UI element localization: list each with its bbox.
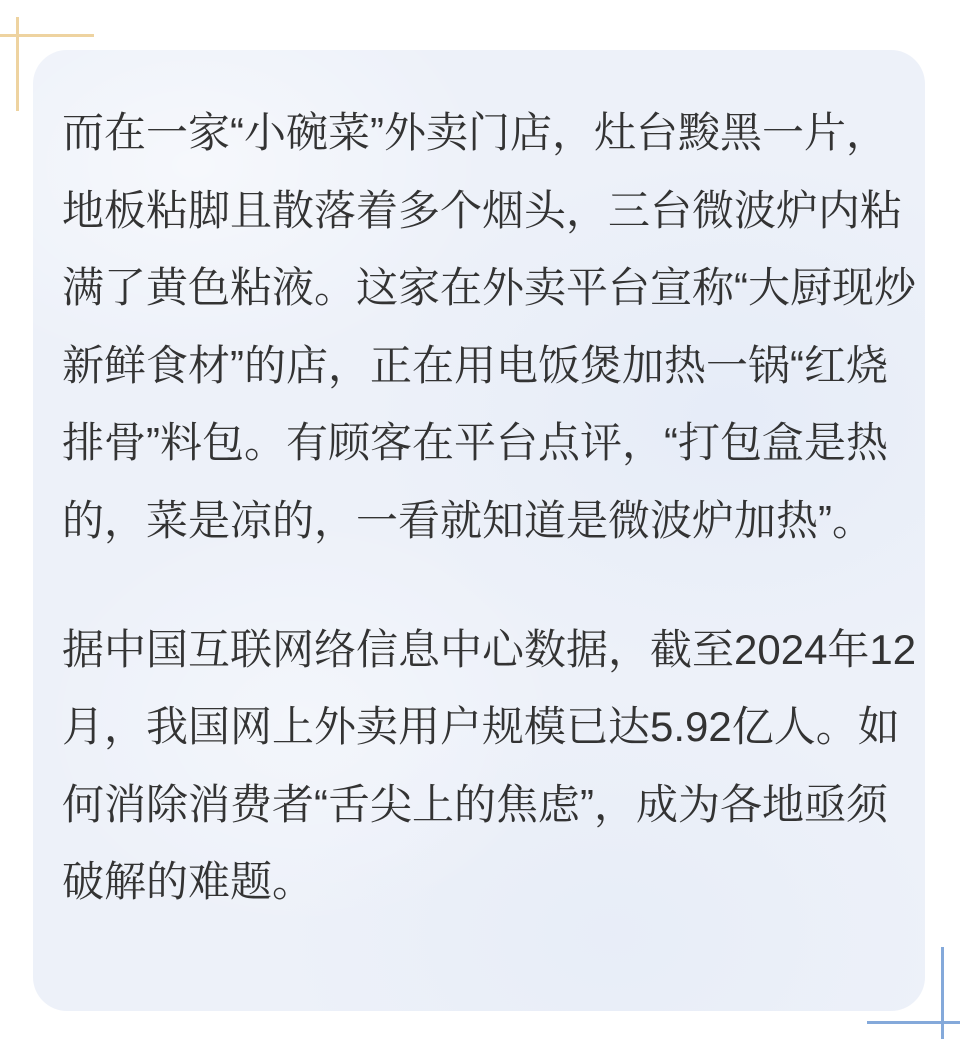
text-line: 新鲜食材”的店，正在用电饭煲加热一锅“红烧 [62,327,902,405]
article-card: 而在一家“小碗菜”外卖门店，灶台黢黑一片， 地板粘脚且散落着多个烟头，三台微波炉… [33,50,925,1011]
text-line: 据中国互联网络信息中心数据，截至2024年12 [62,611,902,689]
text-line: 的，菜是凉的，一看就知道是微波炉加热”。 [62,482,902,560]
text-line: 破解的难题。 [62,843,902,921]
text-line: 月，我国网上外卖用户规模已达5.92亿人。如 [62,688,902,766]
text-line: 何消除消费者“舌尖上的焦虑”，成为各地亟须 [62,766,902,844]
article-text: 而在一家“小碗菜”外卖门店，灶台黢黑一片， 地板粘脚且散落着多个烟头，三台微波炉… [62,94,902,921]
page: 而在一家“小碗菜”外卖门店，灶台黢黑一片， 地板粘脚且散落着多个烟头，三台微波炉… [0,0,960,1060]
cross-horizontal-line [0,34,94,37]
text-line: 排骨”料包。有顾客在平台点评，“打包盒是热 [62,404,902,482]
text-line: 而在一家“小碗菜”外卖门店，灶台黢黑一片， [62,94,902,172]
paragraph-1: 而在一家“小碗菜”外卖门店，灶台黢黑一片， 地板粘脚且散落着多个烟头，三台微波炉… [62,94,902,560]
cross-vertical-line [16,17,19,111]
cross-horizontal-line [867,1021,960,1024]
paragraph-2: 据中国互联网络信息中心数据，截至2024年12 月，我国网上外卖用户规模已达5.… [62,611,902,921]
cross-vertical-line [941,947,944,1039]
text-line: 地板粘脚且散落着多个烟头，三台微波炉内粘 [62,172,902,250]
text-line: 满了黄色粘液。这家在外卖平台宣称“大厨现炒 [62,249,902,327]
